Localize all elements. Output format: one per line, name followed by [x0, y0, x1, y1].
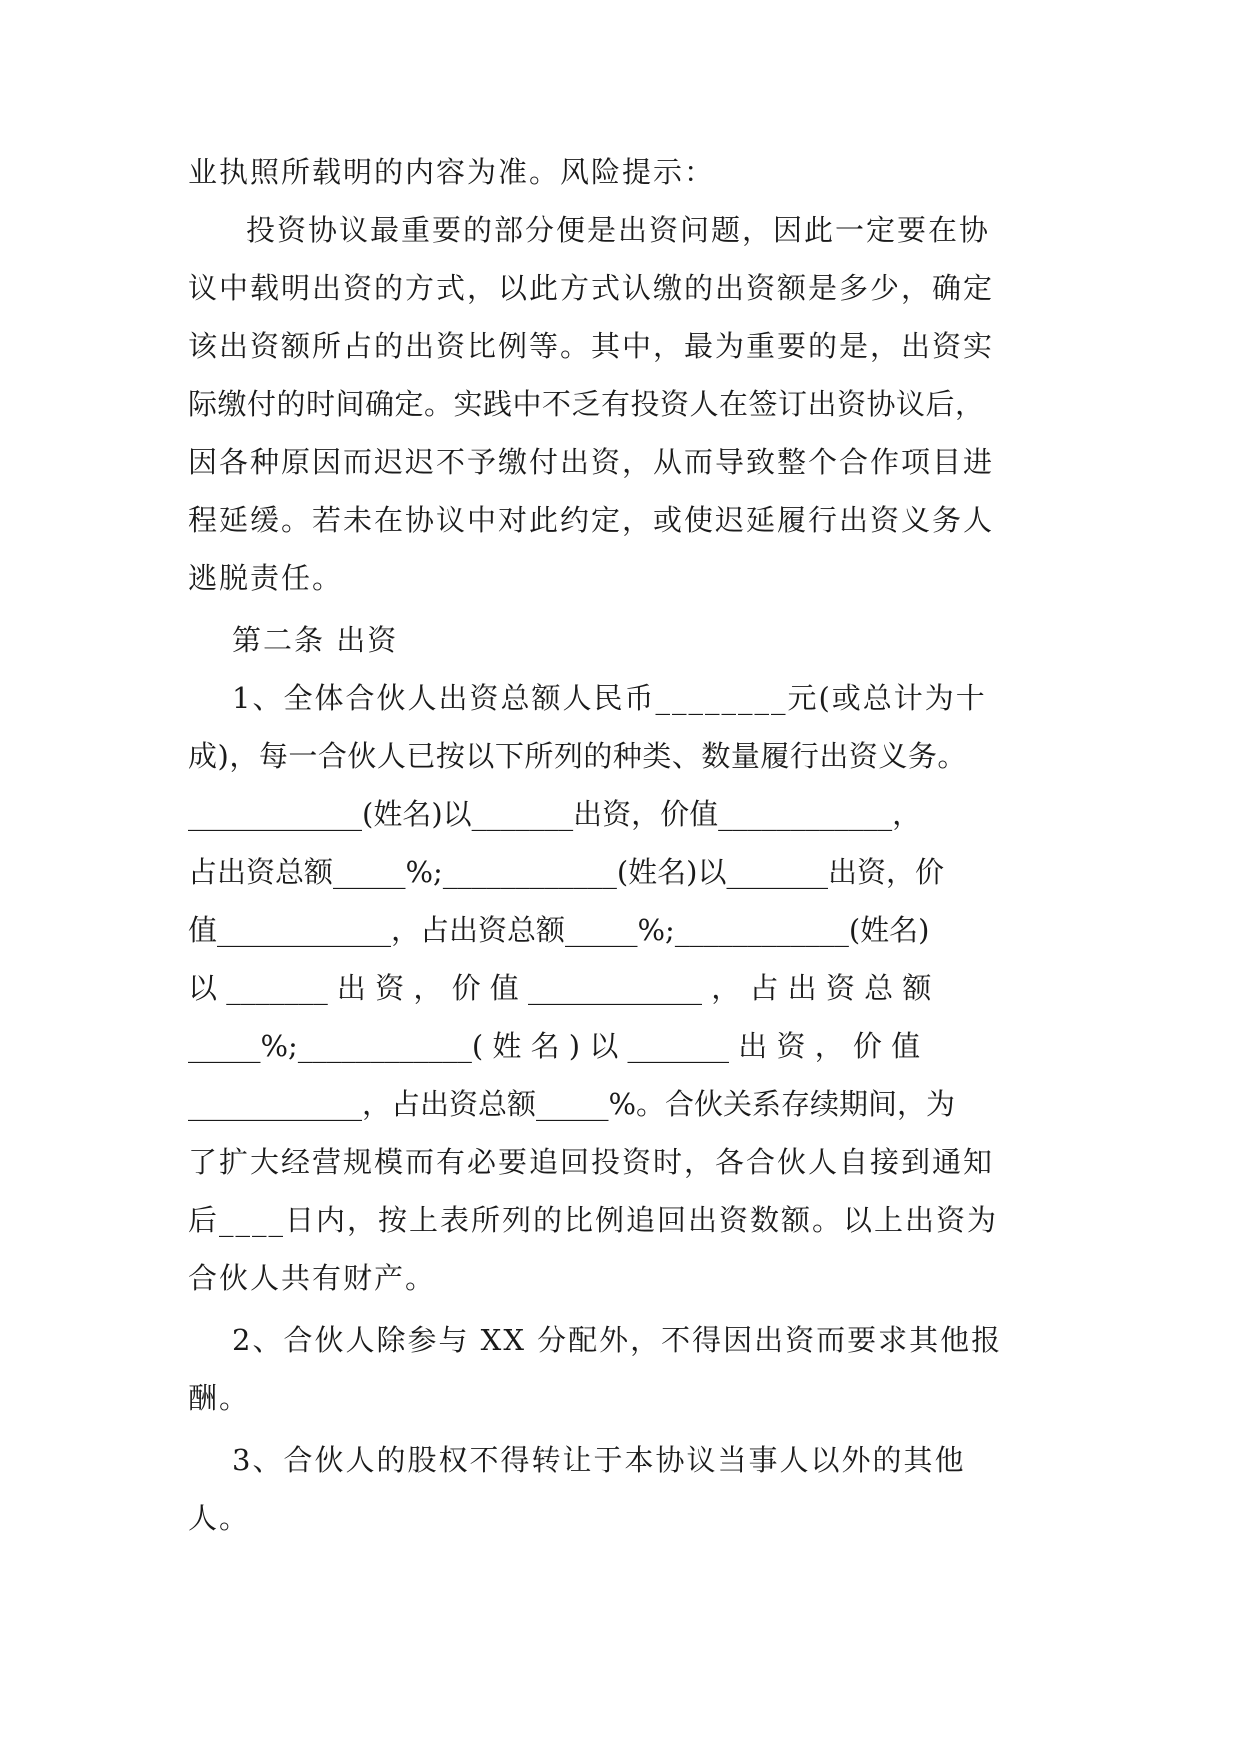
section-heading: 第二条 出资 — [232, 620, 1094, 660]
text-line-15: 以 _______ 出 资 ， 价 值 ____________ ， 占 出 资… — [188, 968, 1050, 1008]
text-line-24: 人。 — [188, 1498, 1050, 1538]
text-line-8: 逃脱责任。 — [188, 558, 1050, 598]
text-line-14: 值____________，占出资总额_____%;____________(姓… — [188, 910, 1050, 950]
text-line-16: _____%;____________( 姓 名 ) 以 _______ 出 资… — [188, 1026, 1050, 1066]
text-line-23: 3、合伙人的股权不得转让于本协议当事人以外的其他 — [232, 1440, 1050, 1480]
text-line-10: 1、全体合伙人出资总额人民币________元(或总计为十 — [232, 678, 1050, 718]
text-line-19: 后____日内，按上表所列的比例追回出资数额。以上出资为 — [188, 1200, 1050, 1240]
text-line-12: ____________(姓名)以_______出资，价值___________… — [188, 794, 1050, 834]
text-line-20: 合伙人共有财产。 — [188, 1258, 1050, 1298]
text-line-3: 议中载明出资的方式，以此方式认缴的出资额是多少，确定 — [188, 268, 1050, 308]
text-line-21: 2、合伙人除参与 XX 分配外，不得因出资而要求其他报 — [232, 1320, 1050, 1360]
text-line-4: 该出资额所占的出资比例等。其中，最为重要的是，出资实 — [188, 326, 1050, 366]
document-page: 业执照所载明的内容为准。风险提示： 投资协议最重要的部分便是出资问题，因此一定要… — [0, 0, 1241, 1754]
text-line-22: 酬。 — [188, 1378, 1050, 1418]
text-line-6: 因各种原因而迟迟不予缴付出资，从而导致整个合作项目进 — [188, 442, 1050, 482]
text-line-13: 占出资总额_____%;____________(姓名)以_______出资，价 — [188, 852, 1050, 892]
text-line-18: 了扩大经营规模而有必要追回投资时，各合伙人自接到通知 — [188, 1142, 1050, 1182]
text-line-2: 投资协议最重要的部分便是出资问题，因此一定要在协 — [246, 210, 1050, 250]
text-line-1: 业执照所载明的内容为准。风险提示： — [188, 152, 1050, 192]
text-line-11: 成)，每一合伙人已按以下所列的种类、数量履行出资义务。 — [188, 736, 1050, 776]
text-line-7: 程延缓。若未在协议中对此约定，或使迟延履行出资义务人 — [188, 500, 1050, 540]
text-line-17: ____________，占出资总额_____%。合伙关系存续期间，为 — [188, 1084, 1050, 1124]
text-line-5: 际缴付的时间确定。实践中不乏有投资人在签订出资协议后， — [188, 384, 1050, 424]
